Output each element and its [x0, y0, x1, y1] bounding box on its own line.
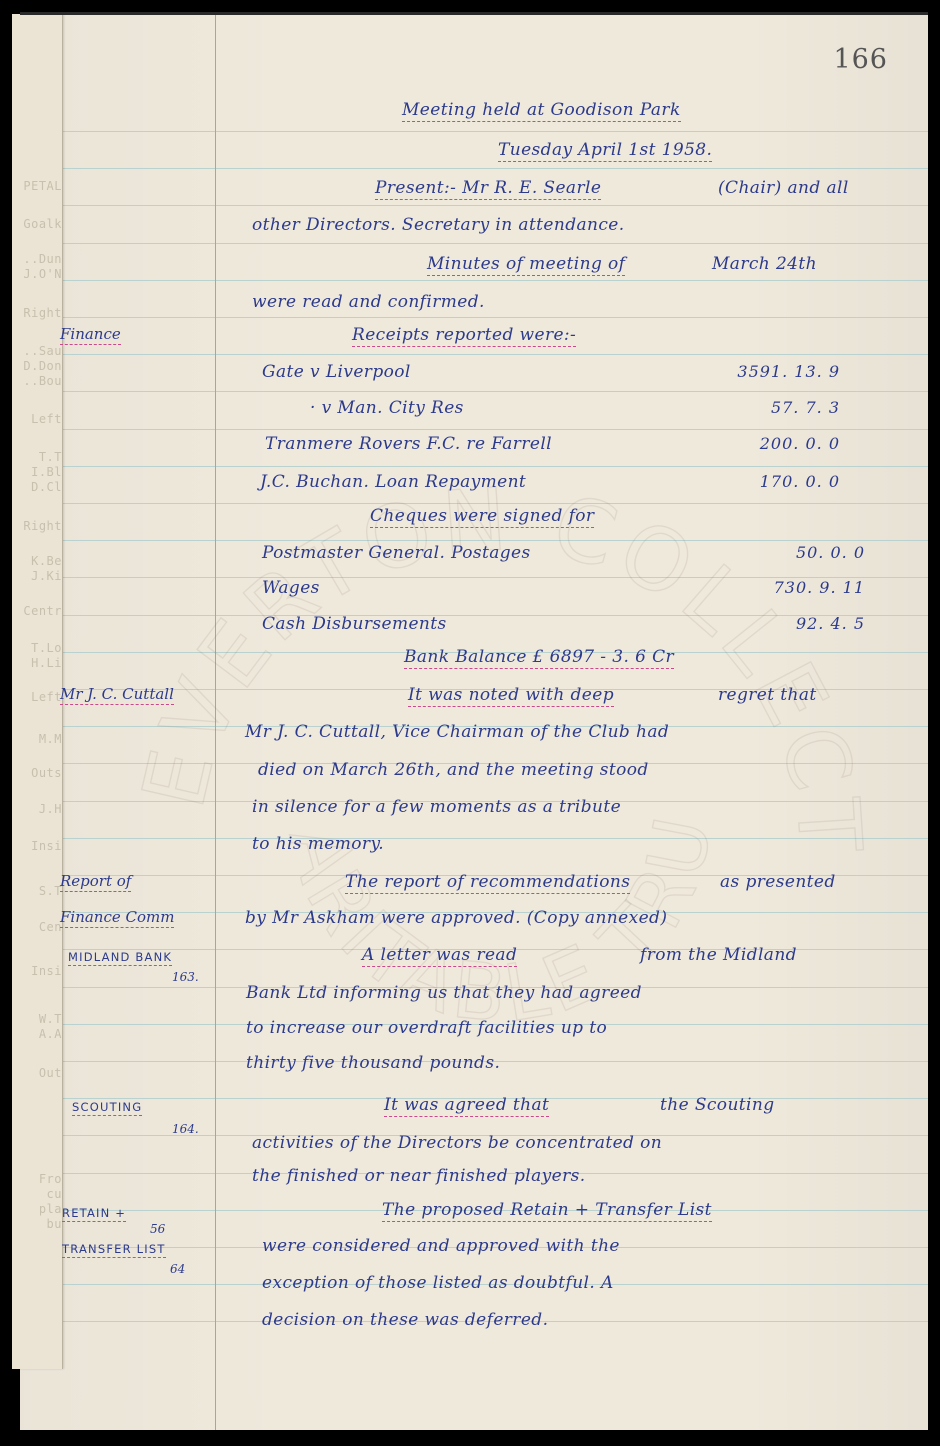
cuttall-line: in silence for a few moments as a tribut… [252, 797, 621, 817]
receipt-label: Gate v Liverpool [262, 362, 411, 382]
underlying-page-fragment: K.Be [14, 554, 62, 568]
cuttall-line: to his memory. [252, 834, 384, 854]
ruled-line [20, 168, 928, 169]
underlying-page-fragment: A.A [14, 1027, 62, 1041]
retain-transfer-line: exception of those listed as doubtful. A [262, 1273, 614, 1293]
ruled-line [20, 429, 928, 430]
retain-transfer-line: decision on these was deferred. [262, 1310, 548, 1330]
underlying-page-fragment: bu [14, 1217, 62, 1231]
margin-line [215, 12, 216, 1430]
finance-committee-line-2: by Mr Askham were approved. (Copy annexe… [245, 908, 667, 928]
margin-finance-comm: Finance Comm [60, 908, 174, 928]
previous-minutes-line-2: were read and confirmed. [252, 292, 485, 312]
receipt-label: J.C. Buchan. Loan Repayment [260, 472, 526, 492]
underlying-page-fragment: T.T [14, 450, 62, 464]
margin-midland-bank: MIDLAND BANK [68, 950, 172, 966]
underlying-page-fragment: PETAL [14, 179, 62, 193]
underlying-page-fragment: cu [14, 1187, 62, 1201]
previous-minutes-date: March 24th [712, 254, 817, 274]
underlying-page-fragment: Out [14, 1066, 62, 1080]
midland-bank-opening: A letter was read [362, 945, 517, 967]
cheque-amount: 92. 4. 5 [745, 614, 865, 633]
underlying-page-fragment: Cen [14, 920, 62, 934]
cheque-amount: 730. 9. 11 [745, 578, 865, 597]
retain-transfer-line: were considered and approved with the [262, 1236, 620, 1256]
ruled-line [20, 131, 928, 132]
underlying-page-fragment: Left [14, 412, 62, 426]
previous-minutes: Minutes of meeting of [427, 254, 625, 276]
ruled-line [20, 466, 928, 467]
present-attendees-rest: (Chair) and all [718, 178, 849, 198]
margin-retain: RETAIN + [62, 1206, 126, 1222]
finance-committee-opening: The report of recommendations [345, 872, 630, 894]
underlying-page-fragment: Centr [14, 604, 62, 618]
underlying-page-fragment: Insi [14, 839, 62, 853]
scouting-opening-rest: the Scouting [660, 1095, 775, 1115]
ruled-line [20, 205, 928, 206]
ruled-line [20, 243, 928, 244]
ruled-line [20, 503, 928, 504]
scouting-line: activities of the Directors be concentra… [252, 1133, 662, 1153]
underlying-page-fragment: Insi [14, 964, 62, 978]
receipt-label: · v Man. City Res [310, 398, 464, 418]
underlying-page-fragment: Fro [14, 1172, 62, 1186]
underlying-page-fragment: S.T [14, 884, 62, 898]
underlying-page-fragment: W.T [14, 1012, 62, 1026]
midland-bank-line: thirty five thousand pounds. [246, 1053, 500, 1073]
underlying-page-fragment: Outs [14, 766, 62, 780]
underlying-page-fragment: Left [14, 690, 62, 704]
meeting-title: Meeting held at Goodison Park [402, 100, 681, 122]
ruled-line [20, 317, 928, 318]
cuttall-line: Mr J. C. Cuttall, Vice Chairman of the C… [245, 722, 669, 742]
margin-transfer-list: TRANSFER LIST [62, 1242, 166, 1258]
underlying-page-fragment: T.Lo [14, 641, 62, 655]
underlying-page-fragment: H.Li [14, 656, 62, 670]
retain-transfer-opening: The proposed Retain + Transfer List [382, 1200, 712, 1222]
midland-bank-line: to increase our overdraft facilities up … [246, 1018, 607, 1038]
ruled-line [20, 280, 928, 281]
page-top-edge [20, 12, 928, 15]
bank-balance: Bank Balance £ 6897 - 3. 6 Cr [404, 647, 674, 669]
underlying-page-fragment: D.Cl [14, 480, 62, 494]
cheques-heading: Cheques were signed for [370, 506, 594, 528]
cheque-amount: 50. 0. 0 [745, 543, 865, 562]
underlying-page-fragment: Right [14, 519, 62, 533]
scouting-line: the finished or near finished players. [252, 1166, 586, 1186]
underlying-page-fragment: J.H [14, 802, 62, 816]
underlying-page-fragment: Goalk [14, 217, 62, 231]
present-line-2: other Directors. Secretary in attendance… [252, 215, 625, 235]
margin-finance: Finance [60, 325, 121, 345]
midland-bank-ref: 163. [172, 970, 199, 984]
page-number: 166 [833, 44, 888, 75]
underlying-page-fragment: ..Bou [14, 374, 62, 388]
underlying-page-fragment: J.O'N [14, 267, 62, 281]
meeting-date: Tuesday April 1st 1958. [498, 140, 712, 162]
cheque-label: Postmaster General. Postages [262, 543, 531, 563]
underlying-page-fragment: D.Don [14, 359, 62, 373]
receipt-label: Tranmere Rovers F.C. re Farrell [265, 434, 552, 454]
cuttall-line: died on March 26th, and the meeting stoo… [258, 760, 649, 780]
finance-committee-opening-rest: as presented [720, 872, 836, 892]
underlying-page-fragment: I.Bl [14, 465, 62, 479]
receipt-amount: 200. 0. 0 [720, 434, 840, 453]
margin-report-of: Report of [60, 872, 131, 892]
underlying-page-fragment: M.M [14, 732, 62, 746]
underlying-page-strip: PETALGoalk..DunJ.O'NRight..SauD.Don..Bou… [12, 14, 63, 1369]
ruled-line [20, 391, 928, 392]
underlying-page-fragment: J.Ki [14, 569, 62, 583]
cheque-label: Wages [262, 578, 320, 598]
receipt-amount: 170. 0. 0 [720, 472, 840, 491]
underlying-page-fragment: pla [14, 1202, 62, 1216]
underlying-page-fragment: Right [14, 306, 62, 320]
scouting-ref: 164. [172, 1122, 199, 1136]
midland-bank-opening-rest: from the Midland [640, 945, 797, 965]
margin-cuttall: Mr J. C. Cuttall [60, 685, 174, 705]
present-attendees: Present:- Mr R. E. Searle [375, 178, 601, 200]
cuttall-opening-rest: regret that [718, 685, 817, 705]
ruled-line [20, 540, 928, 541]
retain-ref: 56 [150, 1222, 165, 1236]
midland-bank-line: Bank Ltd informing us that they had agre… [246, 983, 642, 1003]
cuttall-opening: It was noted with deep [408, 685, 614, 707]
transfer-list-ref: 64 [170, 1262, 185, 1276]
margin-scouting: SCOUTING [72, 1100, 142, 1116]
cheque-label: Cash Disbursements [262, 614, 447, 634]
scouting-opening: It was agreed that [384, 1095, 549, 1117]
receipt-amount: 57. 7. 3 [720, 398, 840, 417]
underlying-page-fragment: ..Dun [14, 252, 62, 266]
ruled-line [20, 838, 928, 839]
underlying-page-fragment: ..Sau [14, 344, 62, 358]
receipts-heading: Receipts reported were:- [352, 325, 576, 347]
ruled-line [20, 354, 928, 355]
receipt-amount: 3591. 13. 9 [720, 362, 840, 381]
